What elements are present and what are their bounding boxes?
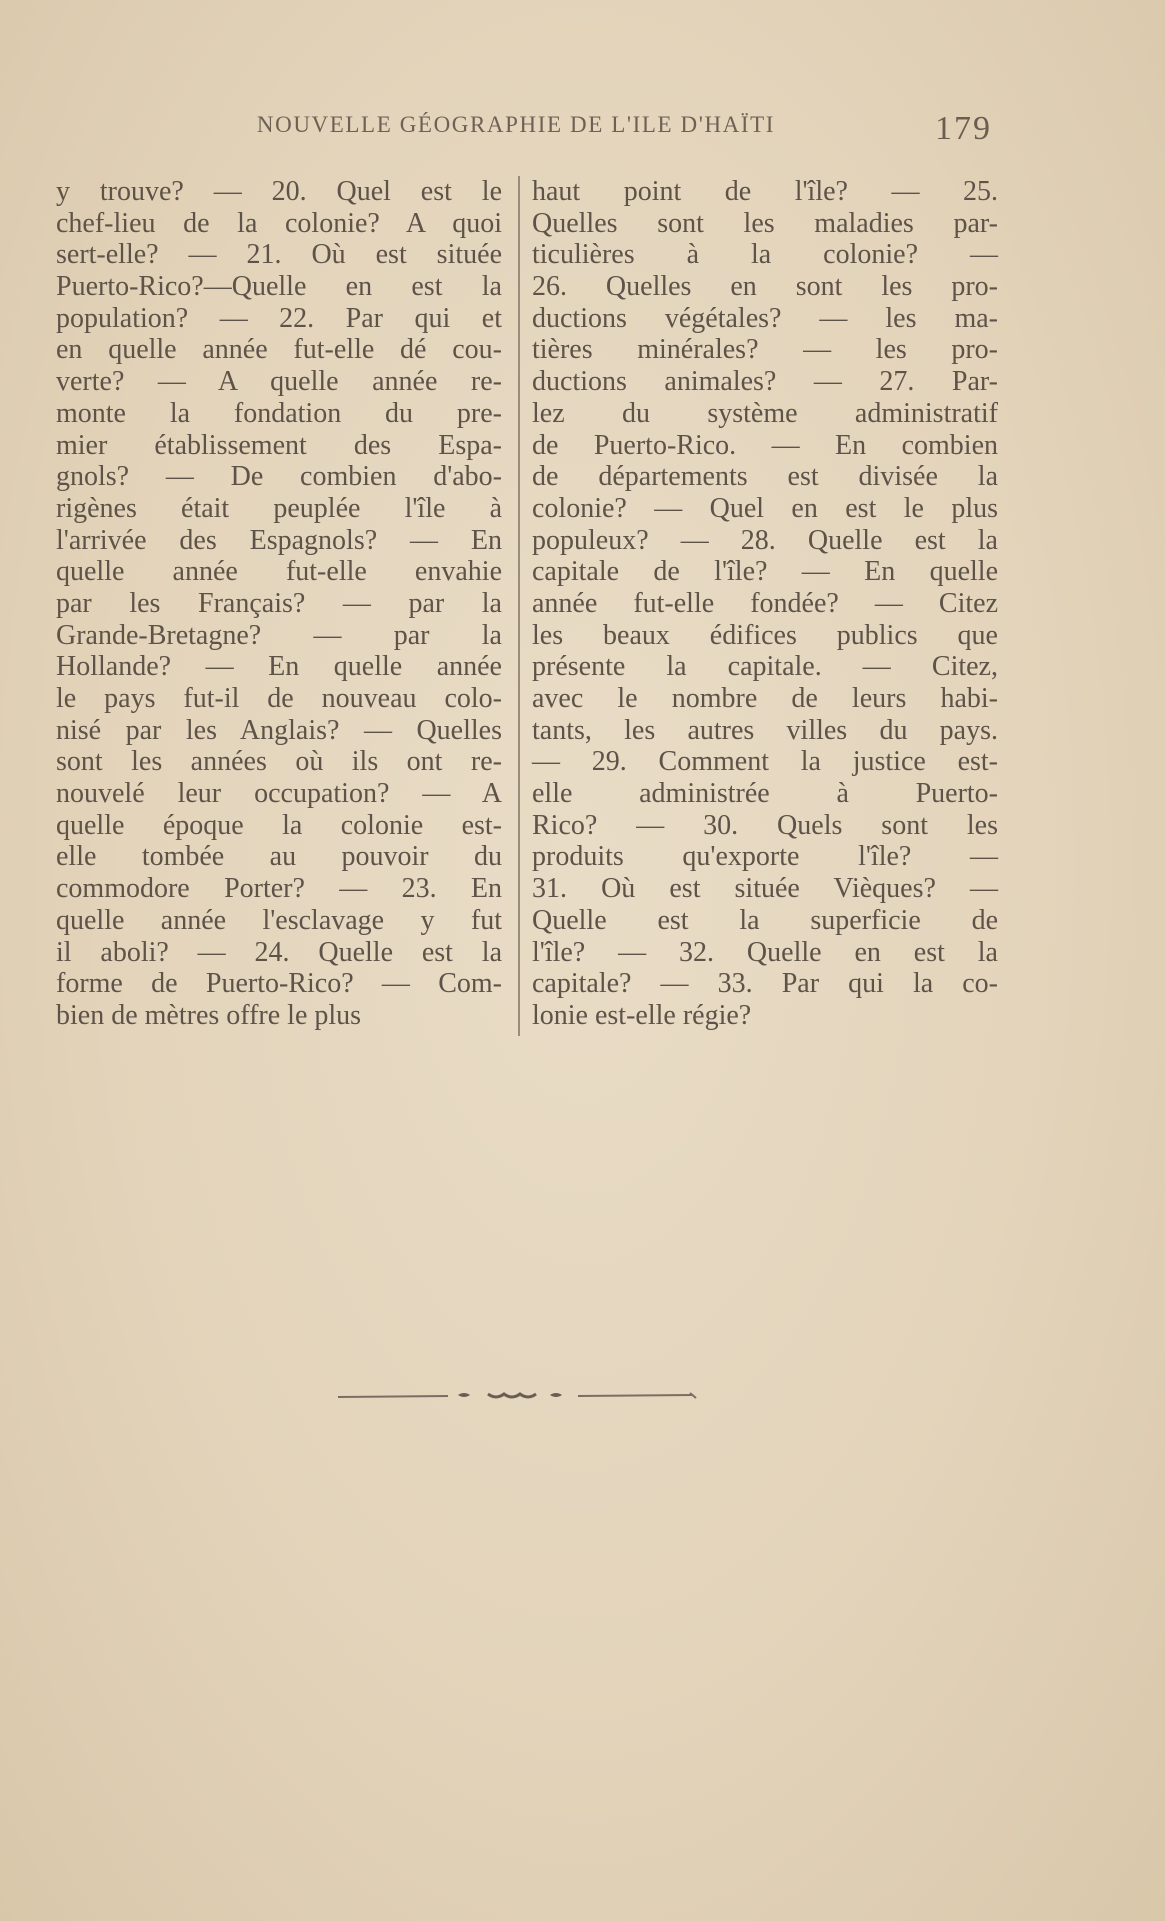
text-line: le pays fut-il de nouveau colo- [56, 683, 502, 715]
text-line: lonie est-elle régie? [532, 1000, 998, 1032]
text-line: en quelle année fut-elle dé cou- [56, 334, 502, 366]
text-line: capitale de l'île? — En quelle [532, 556, 998, 588]
text-line: verte? — A quelle année re- [56, 366, 502, 398]
text-line: monte la fondation du pre- [56, 398, 502, 430]
text-line: — 29. Comment la justice est- [532, 746, 998, 778]
text-line: de Puerto-Rico. — En combien [532, 430, 998, 462]
text-line: sert-elle? — 21. Où est située [56, 239, 502, 271]
text-line: 26. Quelles en sont les pro- [532, 271, 998, 303]
flourish-ornament-icon [338, 1386, 698, 1406]
text-line: lez du système administratif [532, 398, 998, 430]
text-line: l'arrivée des Espagnols? — En [56, 525, 502, 557]
text-line: bien de mètres offre le plus [56, 1000, 502, 1032]
text-line: rigènes était peuplée l'île à [56, 493, 502, 525]
text-line: 31. Où est située Vièques? — [532, 873, 998, 905]
text-line: il aboli? — 24. Quelle est la [56, 937, 502, 969]
text-line: par les Français? — par la [56, 588, 502, 620]
text-line: y trouve? — 20. Quel est le [56, 176, 502, 208]
text-line: Rico? — 30. Quels sont les [532, 810, 998, 842]
text-line: année fut-elle fondée? — Citez [532, 588, 998, 620]
text-line: Quelle est la superficie de [532, 905, 998, 937]
text-line: présente la capitale. — Citez, [532, 651, 998, 683]
text-line: ductions animales? — 27. Par- [532, 366, 998, 398]
text-line: mier établissement des Espa- [56, 430, 502, 462]
running-title: NOUVELLE GÉOGRAPHIE DE L'ILE D'HAÏTI [186, 112, 846, 138]
text-line: elle tombée au pouvoir du [56, 841, 502, 873]
text-line: forme de Puerto-Rico? — Com- [56, 968, 502, 1000]
text-line: colonie? — Quel en est le plus [532, 493, 998, 525]
text-line: tants, les autres villes du pays. [532, 715, 998, 747]
text-line: Grande-Bretagne? — par la [56, 620, 502, 652]
book-page: NOUVELLE GÉOGRAPHIE DE L'ILE D'HAÏTI 179… [0, 0, 1165, 1921]
text-line: chef-lieu de la colonie? A quoi [56, 208, 502, 240]
text-line: Puerto-Rico?—Quelle en est la [56, 271, 502, 303]
text-line: Quelles sont les maladies par- [532, 208, 998, 240]
text-line: ticulières à la colonie? — [532, 239, 998, 271]
text-line: gnols? — De combien d'abo- [56, 461, 502, 493]
page-number: 179 [935, 110, 992, 148]
left-column: y trouve? — 20. Quel est lechef-lieu de … [56, 176, 502, 1032]
right-column: haut point de l'île? — 25.Quelles sont l… [532, 176, 998, 1032]
text-line: quelle année fut-elle envahie [56, 556, 502, 588]
text-line: Hollande? — En quelle année [56, 651, 502, 683]
text-line: commodore Porter? — 23. En [56, 873, 502, 905]
text-line: les beaux édifices publics que [532, 620, 998, 652]
text-line: haut point de l'île? — 25. [532, 176, 998, 208]
text-line: sont les années où ils ont re- [56, 746, 502, 778]
text-line: populeux? — 28. Quelle est la [532, 525, 998, 557]
text-line: population? — 22. Par qui et [56, 303, 502, 335]
column-divider [518, 176, 520, 1036]
text-line: tières minérales? — les pro- [532, 334, 998, 366]
text-line: avec le nombre de leurs habi- [532, 683, 998, 715]
text-line: ductions végétales? — les ma- [532, 303, 998, 335]
text-line: capitale? — 33. Par qui la co- [532, 968, 998, 1000]
text-line: produits qu'exporte l'île? — [532, 841, 998, 873]
text-line: quelle année l'esclavage y fut [56, 905, 502, 937]
text-line: nisé par les Anglais? — Quelles [56, 715, 502, 747]
text-line: elle administrée à Puerto- [532, 778, 998, 810]
text-line: de départements est divisée la [532, 461, 998, 493]
text-line: quelle époque la colonie est- [56, 810, 502, 842]
text-line: l'île? — 32. Quelle en est la [532, 937, 998, 969]
text-line: nouvelé leur occupation? — A [56, 778, 502, 810]
